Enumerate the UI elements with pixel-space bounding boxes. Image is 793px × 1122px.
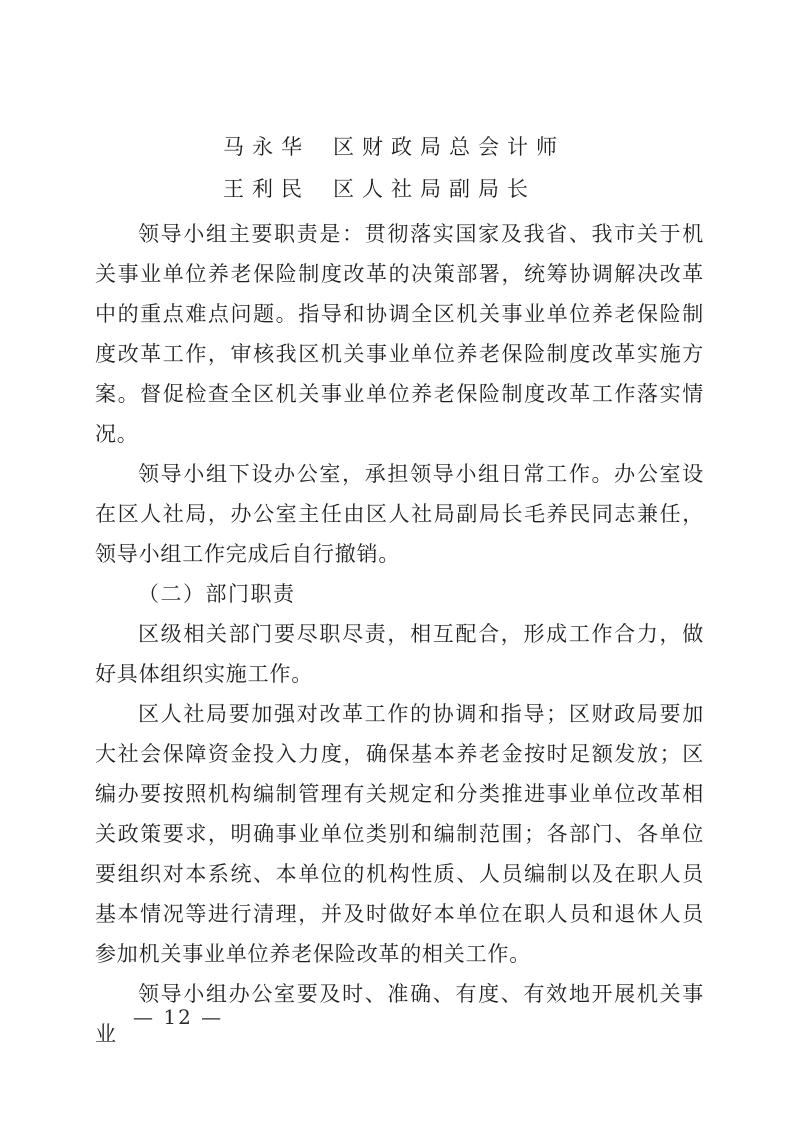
appointee-row: 马永华 区财政局总会计师 [223, 126, 704, 168]
appointee-title: 区人社局副局长 [333, 168, 536, 210]
appointee-name: 马永华 [223, 126, 333, 168]
document-page: 马永华 区财政局总会计师 王利民 区人社局副局长 领导小组主要职责是：贯彻落实国… [0, 0, 793, 1122]
appointee-row: 王利民 区人社局副局长 [223, 168, 704, 210]
page-number: — 12 — [133, 1004, 223, 1030]
appointee-title: 区财政局总会计师 [333, 126, 565, 168]
appointee-name: 王利民 [223, 168, 333, 210]
document-body: 马永华 区财政局总会计师 王利民 区人社局副局长 领导小组主要职责是：贯彻落实国… [95, 126, 704, 1054]
paragraph-office-establishment: 领导小组下设办公室，承担领导小组日常工作。办公室设在区人社局，办公室主任由区人社… [95, 454, 704, 574]
paragraph-leading-group-duties: 领导小组主要职责是：贯彻落实国家及我省、我市关于机关事业单位养老保险制度改革的决… [95, 214, 704, 454]
paragraph-department-cooperation: 区级相关部门要尽职尽责，相互配合，形成工作合力，做好具体组织实施工作。 [95, 614, 704, 694]
appointee-list: 马永华 区财政局总会计师 王利民 区人社局副局长 [95, 126, 704, 210]
paragraph-department-responsibilities: 区人社局要加强对改革工作的协调和指导；区财政局要加大社会保障资金投入力度，确保基… [95, 694, 704, 974]
section-heading-department-duties: （二）部门职责 [95, 574, 704, 614]
